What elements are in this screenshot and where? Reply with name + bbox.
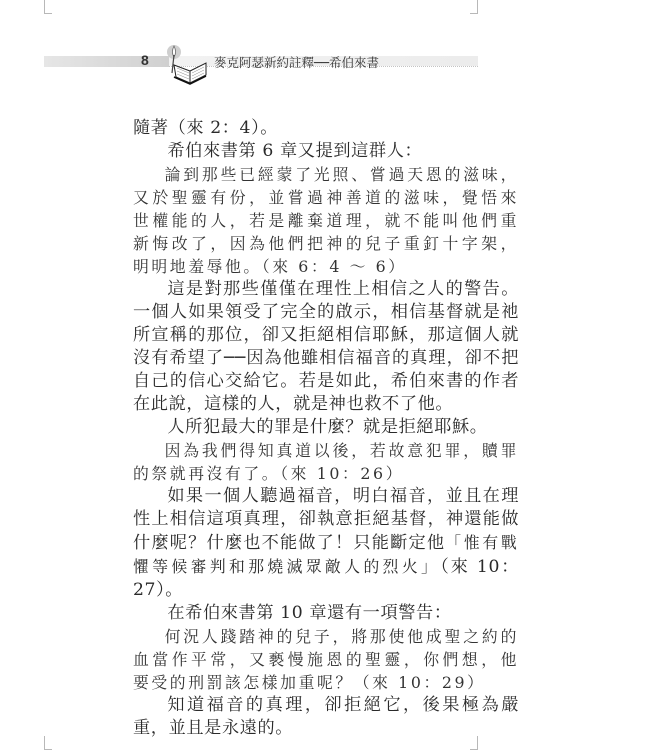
page-number: 8 (141, 52, 148, 68)
crop-mark-top-right (471, 0, 478, 14)
paragraph: 在希伯來書第 10 章還有一項警告： (133, 602, 519, 625)
running-header: 8 麥克阿瑟新約註釋──希伯來書 (44, 56, 478, 69)
crop-mark-bottom-left (44, 736, 51, 750)
open-book-with-quill-icon (164, 43, 210, 85)
scripture-quote: 因為我們得知真道以後，若故意犯罪，贖罪的祭就再沒有了。（來 10：26） (133, 439, 519, 485)
paragraph: 人所犯最大的罪是什麼？就是拒絕耶穌。 (133, 416, 519, 439)
header-gradient-bar (44, 56, 169, 67)
scripture-quote: 何況人踐踏神的兒子，將那使他成聖之約的血當作平常，又褻慢施恩的聖靈，你們想，他要… (133, 625, 519, 694)
paragraph: 希伯來書第 6 章又提到這群人： (133, 140, 519, 163)
scripture-quote: 論到那些已經蒙了光照、嘗過天恩的滋味，又於聖靈有份，並嘗過神善道的滋味，覺悟來世… (133, 163, 519, 278)
continuation-paragraph: 隨著（來 2：4）。 (133, 117, 519, 140)
running-title: 麥克阿瑟新約註釋──希伯來書 (214, 53, 379, 71)
paragraph: 知道福音的真理，卻拒絕它，後果極為嚴重，並且是永遠的。 (133, 694, 519, 740)
crop-mark-top-left (44, 0, 51, 14)
paragraph-with-inline-quote: 如果一個人聽過福音，明白福音，並且在理性上相信這項真理，卻執意拒絕基督，神還能做… (133, 485, 519, 602)
page-body: 隨著（來 2：4）。 希伯來書第 6 章又提到這群人： 論到那些已經蒙了光照、嘗… (133, 117, 519, 740)
paragraph: 這是對那些僅僅在理性上相信之人的警告。一個人如果領受了完全的啟示，相信基督就是祂… (133, 278, 519, 416)
